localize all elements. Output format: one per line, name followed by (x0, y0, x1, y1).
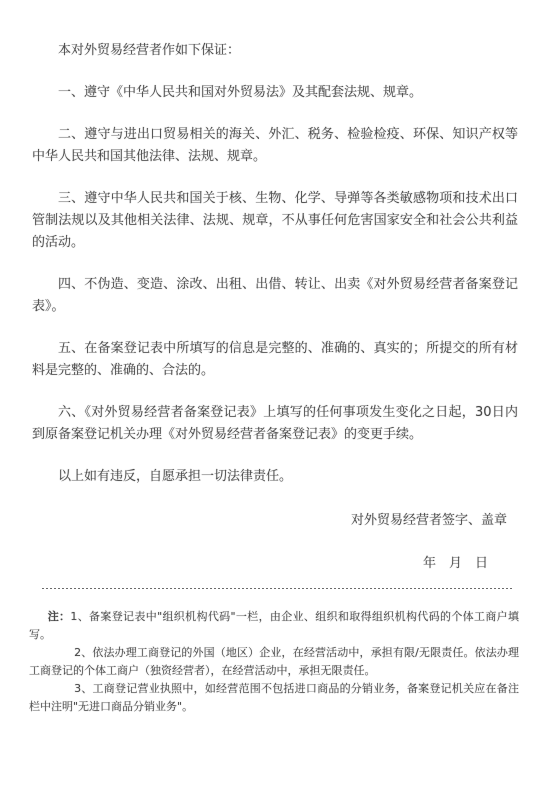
note-item-1: 注：1、备案登记表中"组织机构代码"一栏，由企业、组织和取得组织机构代码的个体工… (29, 608, 519, 644)
pledge-item-6: 六、《对外贸易经营者备案登记表》上填写的任何事项发生变化之日起，30日内到原备案… (32, 402, 518, 446)
pledge-item-4: 四、不伪造、变造、涂改、出租、出借、转让、出卖《对外贸易经营者备案登记表》。 (32, 274, 518, 318)
note-item-1-text: 1、备案登记表中"组织机构代码"一栏，由企业、组织和取得组织机构代码的个体工商户… (29, 610, 519, 641)
document-body: 本对外贸易经营者作如下保证： 一、遵守《中华人民共和国对外贸易法》及其配套法规、… (32, 40, 518, 575)
divider-dashed-line (42, 588, 512, 590)
notes-section: 注：1、备案登记表中"组织机构代码"一栏，由企业、组织和取得组织机构代码的个体工… (29, 608, 519, 716)
pledge-item-3: 三、遵守中华人民共和国关于核、生物、化学、导弹等各类敏感物项和技术出口管制法规以… (32, 188, 518, 254)
closing-line: 以上如有违反，自愿承担一切法律责任。 (32, 466, 518, 488)
note-item-3: 3、工商登记营业执照中，如经营范围不包括进口商品的分销业务，备案登记机关应在备注… (29, 680, 519, 716)
intro-line: 本对外贸易经营者作如下保证： (32, 40, 518, 62)
pledge-item-2: 二、遵守与进出口贸易相关的海关、外汇、税务、检验检疫、环保、知识产权等中华人民共… (32, 124, 518, 168)
note-item-2: 2、依法办理工商登记的外国（地区）企业，在经营活动中，承担有限/无限责任。依法办… (29, 644, 519, 680)
pledge-item-1: 一、遵守《中华人民共和国对外贸易法》及其配套法规、规章。 (32, 82, 518, 104)
document-page: 本对外贸易经营者作如下保证： 一、遵守《中华人民共和国对外贸易法》及其配套法规、… (0, 0, 551, 800)
date-line: 年 月 日 (32, 553, 518, 575)
pledge-item-5: 五、在备案登记表中所填写的信息是完整的、准确的、真实的；所提交的所有材料是完整的… (32, 338, 518, 382)
note-label: 注： (48, 610, 71, 623)
signature-line: 对外贸易经营者签字、盖章 (32, 510, 518, 532)
